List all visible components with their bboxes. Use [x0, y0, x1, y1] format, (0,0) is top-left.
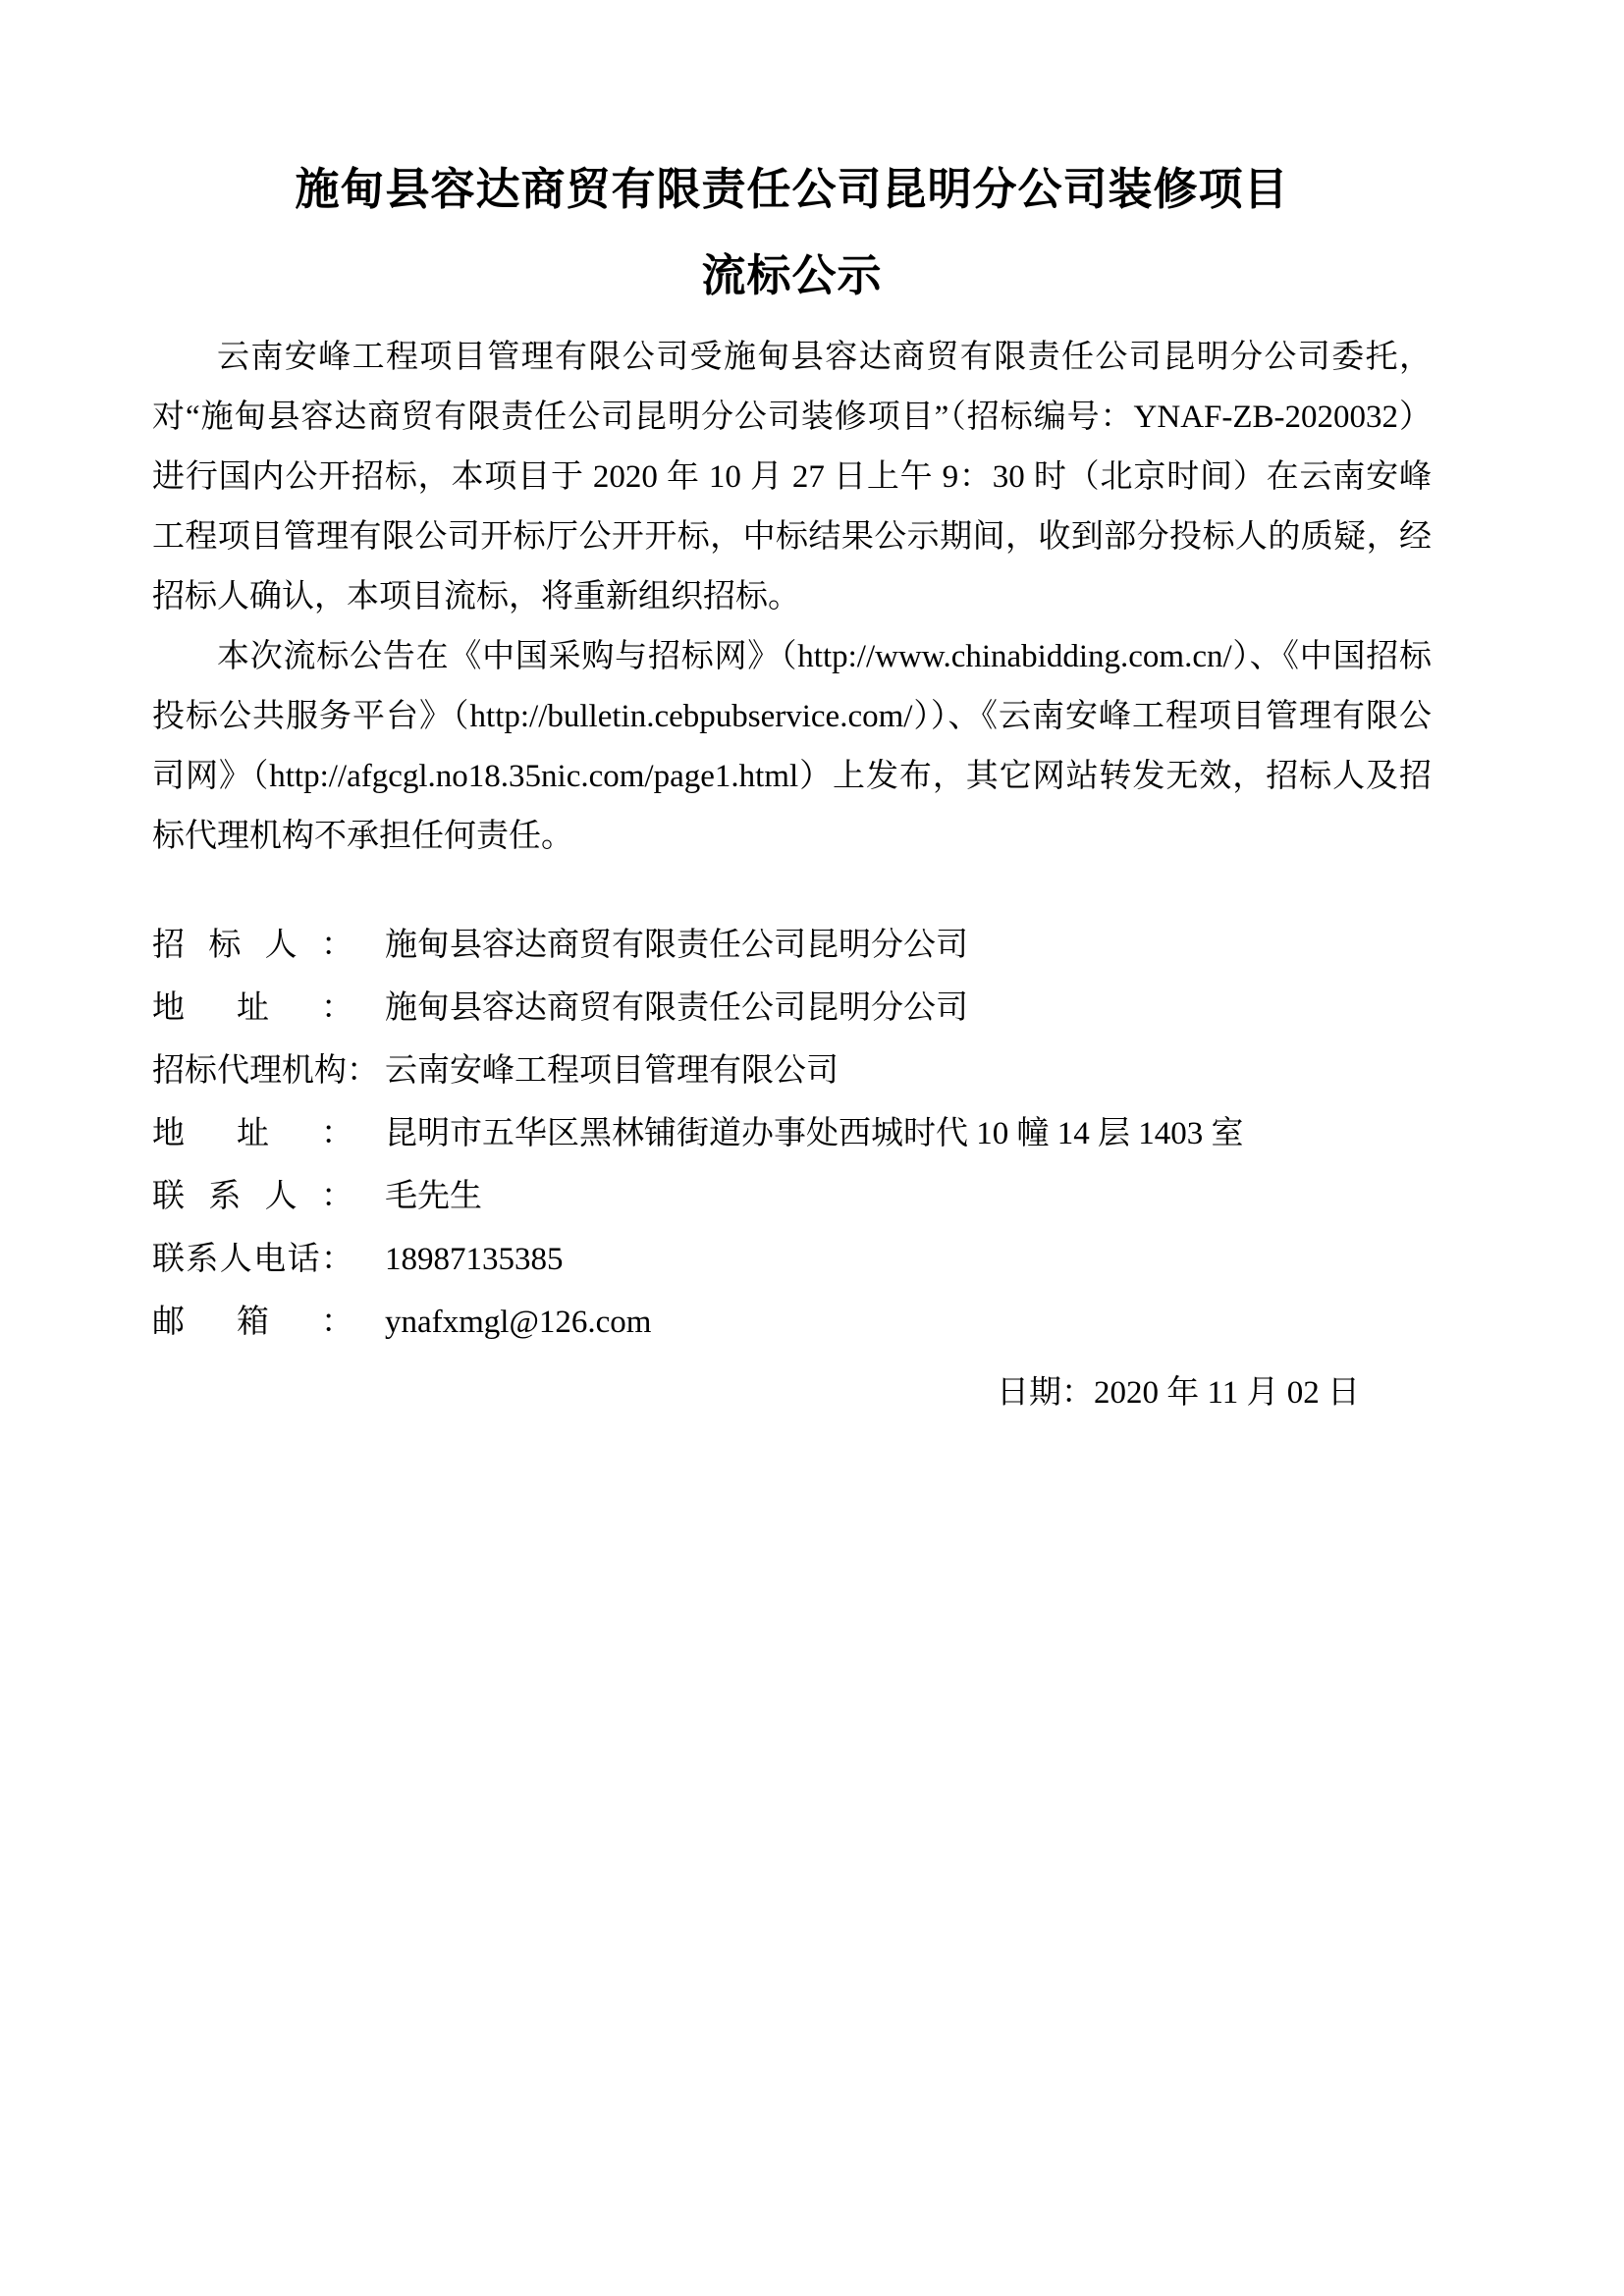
contact-value-agency: 云南安峰工程项目管理有限公司: [385, 1053, 839, 1089]
contact-label-email: 邮箱：: [152, 1291, 353, 1354]
contact-value-tenderer: 施甸县容达商贸有限责任公司昆明分公司: [385, 928, 968, 963]
contact-value-contact-person: 毛先生: [385, 1179, 482, 1214]
document-page: 施甸县容达商贸有限责任公司昆明分公司装修项目 流标公示 云南安峰工程项目管理有限…: [0, 0, 1624, 2296]
contact-label-phone: 联系人电话：: [152, 1228, 353, 1291]
paragraph-announcement-sites: 本次流标公告在《中国采购与招标网》（http://www.chinabiddin…: [152, 627, 1432, 867]
contact-label-tenderer: 招标人：: [152, 914, 353, 977]
paragraph-bid-failure-intro: 云南安峰工程项目管理有限公司受施甸县容达商贸有限责任公司昆明分公司委托，对“施甸…: [152, 328, 1432, 627]
contact-value-email: ynafxmgl@126.com: [385, 1305, 651, 1340]
contact-label-contact-person: 联系人：: [152, 1165, 353, 1228]
contact-label-tenderer-address: 地址：: [152, 977, 353, 1040]
contact-row-email: 邮箱：ynafxmgl@126.com: [152, 1291, 1432, 1354]
contact-value-agency-address: 昆明市五华区黑林铺街道办事处西城时代 10 幢 14 层 1403 室: [385, 1116, 1244, 1151]
contact-value-phone: 18987135385: [385, 1242, 564, 1277]
document-title: 施甸县容达商贸有限责任公司昆明分公司装修项目: [152, 165, 1432, 214]
contact-label-agency-address: 地址：: [152, 1102, 353, 1165]
contact-row-agency: 招标代理机构：云南安峰工程项目管理有限公司: [152, 1040, 1432, 1102]
document-content: 施甸县容达商贸有限责任公司昆明分公司装修项目 流标公示 云南安峰工程项目管理有限…: [0, 0, 1624, 1424]
contact-row-tenderer-address: 地址：施甸县容达商贸有限责任公司昆明分公司: [152, 977, 1432, 1040]
contact-row-agency-address: 地址：昆明市五华区黑林铺街道办事处西城时代 10 幢 14 层 1403 室: [152, 1102, 1432, 1165]
date-line: 日期：2020 年 11 月 02 日: [152, 1362, 1432, 1424]
contact-value-tenderer-address: 施甸县容达商贸有限责任公司昆明分公司: [385, 990, 968, 1026]
document-subtitle: 流标公示: [152, 251, 1432, 300]
contact-row-contact-person: 联系人：毛先生: [152, 1165, 1432, 1228]
contact-row-phone: 联系人电话：18987135385: [152, 1228, 1432, 1291]
contact-label-agency: 招标代理机构：: [152, 1040, 353, 1102]
contact-list: 招标人：施甸县容达商贸有限责任公司昆明分公司 地址：施甸县容达商贸有限责任公司昆…: [152, 914, 1432, 1354]
contact-row-tenderer: 招标人：施甸县容达商贸有限责任公司昆明分公司: [152, 914, 1432, 977]
